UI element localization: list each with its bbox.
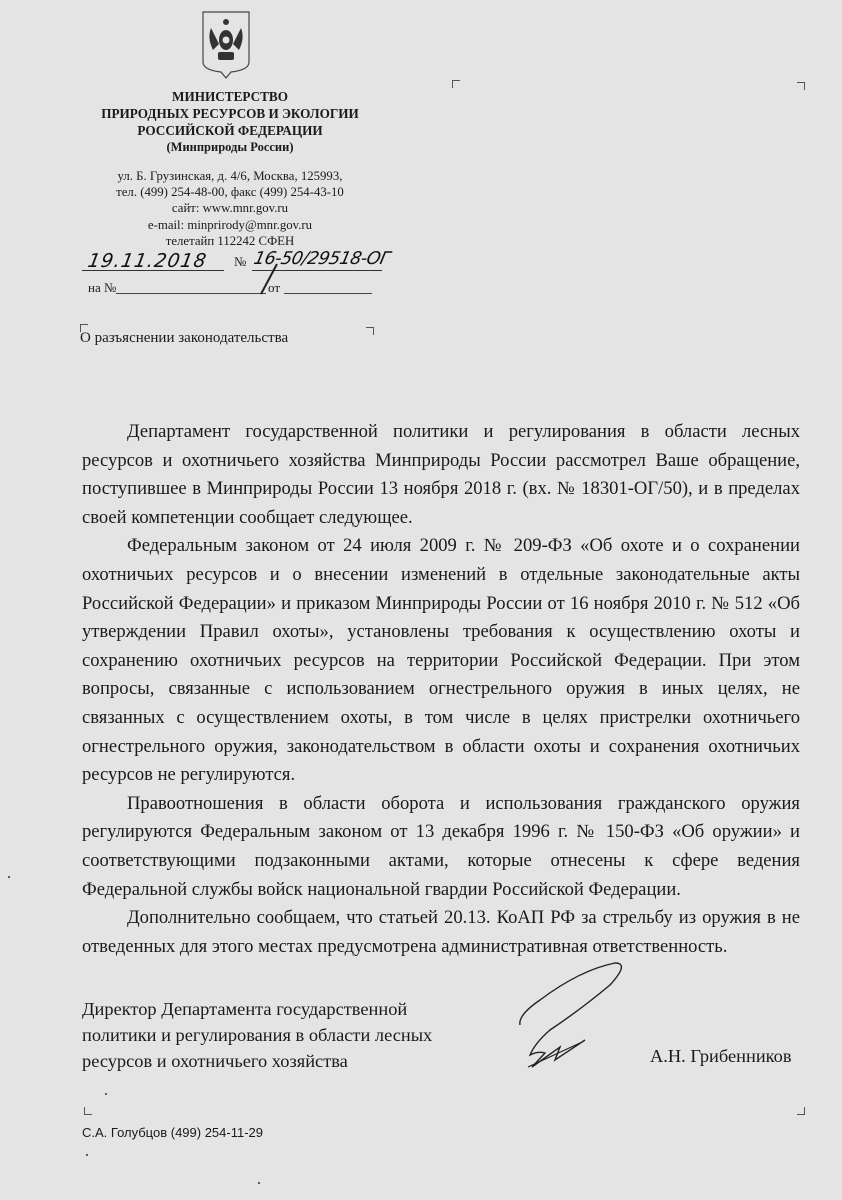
registration-number: 16-50/29518-ОГ xyxy=(252,249,392,269)
executor-contact: С.А. Голубцов (499) 254-11-29 xyxy=(82,1125,263,1140)
corner-mark-top-right xyxy=(797,82,805,90)
signatory-title-line: ресурсов и охотничьего хозяйства xyxy=(82,1048,482,1074)
phone-fax: тел. (499) 254-48-00, факс (499) 254-43-… xyxy=(70,184,390,200)
corner-mark-bottom-right xyxy=(797,1107,805,1115)
from-blank xyxy=(284,293,372,294)
signatory-title-line: политики и регулирования в области лесны… xyxy=(82,1022,482,1048)
date-underline xyxy=(82,270,224,271)
coat-of-arms-icon xyxy=(201,10,251,80)
reference-line: на № от xyxy=(88,280,388,298)
reference-blank xyxy=(116,293,266,294)
address: ул. Б. Грузинская, д. 4/6, Москва, 12599… xyxy=(70,168,390,184)
scan-speck xyxy=(86,1154,88,1156)
subject-corner-mark-right xyxy=(366,327,374,335)
corner-mark-bottom-left xyxy=(84,1107,92,1115)
registration-line: 19.11.2018 № 16-50/29518-ОГ xyxy=(82,250,402,274)
website: сайт: www.mnr.gov.ru xyxy=(70,200,390,216)
signatory-name: А.Н. Грибенников xyxy=(650,1046,792,1067)
scan-speck xyxy=(8,876,10,878)
subject-line: О разъяснении законодательства xyxy=(80,330,288,347)
from-label: от xyxy=(268,280,280,296)
paragraph: Федеральным законом от 24 июля 2009 г. №… xyxy=(82,532,800,789)
paragraph: Правоотношения в области оборота и испол… xyxy=(82,790,800,904)
paragraph: Департамент государственной политики и р… xyxy=(82,418,800,532)
ministry-line: РОССИЙСКОЙ ФЕДЕРАЦИИ xyxy=(70,122,390,139)
corner-mark-top-left xyxy=(452,80,460,88)
reference-label: на № xyxy=(88,280,116,296)
ministry-line: МИНИСТЕРСТВО xyxy=(70,88,390,105)
signatory-title: Директор Департамента государственной по… xyxy=(82,996,482,1074)
number-label: № xyxy=(234,254,246,270)
contact-info: ул. Б. Грузинская, д. 4/6, Москва, 12599… xyxy=(70,168,390,249)
signatory-title-line: Директор Департамента государственной xyxy=(82,996,482,1022)
handwritten-signature xyxy=(510,955,660,1080)
scan-speck xyxy=(258,1182,260,1184)
email: e-mail: minprirody@mnr.gov.ru xyxy=(70,217,390,233)
scan-speck xyxy=(105,1093,107,1095)
ministry-line: ПРИРОДНЫХ РЕСУРСОВ И ЭКОЛОГИИ xyxy=(70,105,390,122)
registration-date: 19.11.2018 xyxy=(86,250,209,272)
teletype: телетайп 112242 СФЕН xyxy=(70,233,390,249)
letter-body: Департамент государственной политики и р… xyxy=(82,418,800,961)
paragraph: Дополнительно сообщаем, что статьей 20.1… xyxy=(82,904,800,961)
ministry-short-name: (Минприроды России) xyxy=(70,139,390,156)
ministry-name: МИНИСТЕРСТВО ПРИРОДНЫХ РЕСУРСОВ И ЭКОЛОГ… xyxy=(70,88,390,156)
